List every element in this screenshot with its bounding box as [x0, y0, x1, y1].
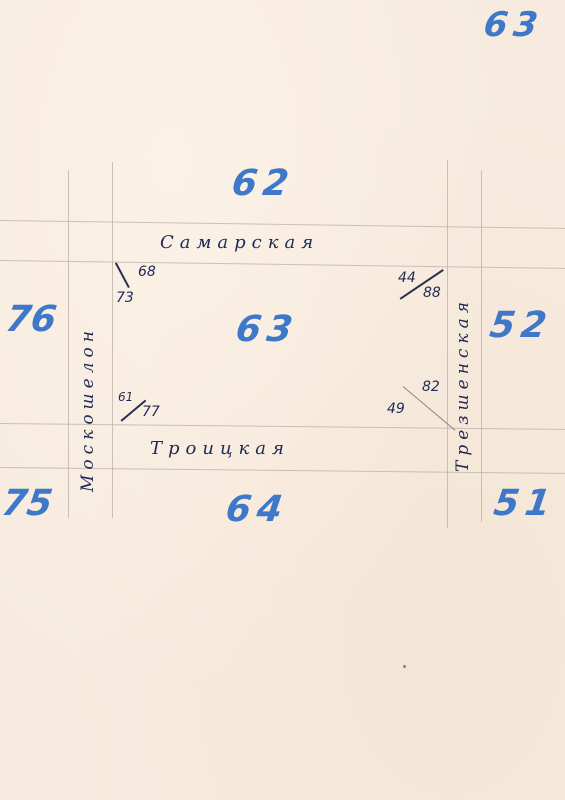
street-name-east: Трезшенская [455, 297, 472, 472]
east-street-left-line [447, 160, 448, 528]
block-number-south: 64 [223, 492, 290, 528]
street-name-south: Троицкая [150, 440, 290, 458]
house-number-ne-top: 44 [398, 271, 416, 285]
ink-speck [403, 665, 406, 668]
sheet-number: 63 [482, 8, 546, 42]
east-street-right-line [481, 170, 482, 522]
house-number-se-bottom: 49 [387, 402, 405, 416]
house-number-nw-top: 68 [138, 265, 156, 279]
block-number-north: 62 [229, 166, 296, 202]
street-name-north: Самарская [160, 234, 319, 252]
block-number-west-lower: 75 [0, 486, 55, 522]
map-sheet: 63 62 63 64 76 75 52 51 Самарская Троицк… [0, 0, 565, 800]
house-number-sw-top: 61 [118, 391, 133, 403]
house-number-ne-bottom: 88 [423, 286, 441, 300]
house-number-nw-bottom: 73 [116, 291, 134, 305]
block-number-west-upper: 76 [3, 302, 58, 338]
block-number-east-upper: 52 [487, 308, 554, 344]
west-street-left-line [68, 170, 69, 518]
block-number-east-lower: 51 [491, 486, 558, 522]
west-street-right-line [112, 162, 113, 518]
house-number-sw-bottom: 77 [142, 405, 160, 419]
block-number-center: 63 [233, 312, 300, 348]
corner-divider-northwest [115, 262, 129, 287]
street-name-west: Москошелон [80, 326, 97, 492]
house-number-se-top: 82 [422, 380, 440, 394]
